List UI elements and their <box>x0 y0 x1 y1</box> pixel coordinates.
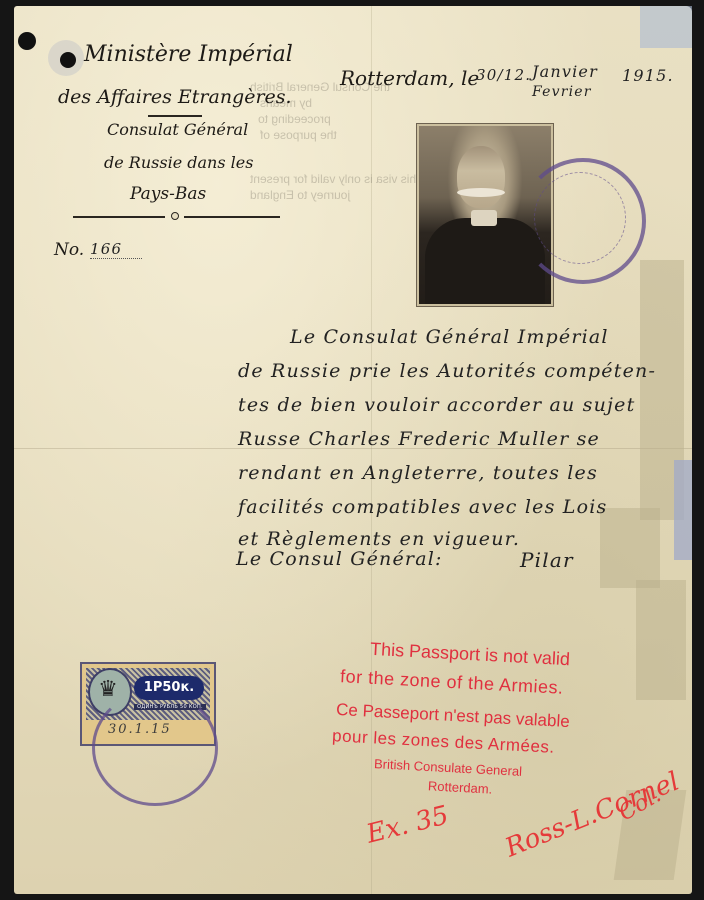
torn-edge <box>640 6 692 48</box>
consul-signature: Pilar <box>520 548 574 572</box>
dateline-place: Rotterdam, le <box>340 66 479 90</box>
ghost-text: proceeding to <box>258 112 331 126</box>
ghost-text: This visa is only valid for present <box>250 172 423 186</box>
consulate-seal-inner <box>534 172 626 264</box>
dateline-day: 30/12. <box>476 66 531 84</box>
letterhead-consulat: Consulat Général <box>107 120 248 139</box>
letterhead-affaires: des Affaires Etrangères. <box>58 86 292 108</box>
letterhead-pays-bas: Pays-Bas <box>130 184 206 204</box>
torn-edge <box>674 460 692 560</box>
body-line-5: rendant en Angleterre, toutes les <box>238 462 598 484</box>
letterhead-divider-right <box>184 216 280 218</box>
dateline-month-1: Janvier <box>532 62 598 81</box>
ghost-text: the purpose of <box>260 128 337 142</box>
ghost-text: journey to England <box>250 188 350 202</box>
letterhead-divider-dot <box>171 212 179 220</box>
dateline-month-2: Fevrier <box>532 84 592 100</box>
body-line-2: de Russie prie les Autorités compéten- <box>238 360 656 382</box>
fold-line-vertical <box>371 6 372 894</box>
body-line-1: Le Consulat Général Impérial <box>290 326 609 348</box>
cancellation-stamp <box>92 690 218 806</box>
consul-signature-label: Le Consul Général: <box>236 548 443 570</box>
body-line-3: tes de bien vouloir accorder au sujet <box>238 394 635 416</box>
document-number-value: 166 <box>90 240 142 259</box>
body-line-4: Russe Charles Frederic Muller se <box>238 428 600 450</box>
letterhead-short-rule <box>148 115 202 117</box>
tape-repair <box>636 580 686 700</box>
tape-repair <box>600 508 660 588</box>
portrait-moustache <box>457 188 505 197</box>
letterhead-ministry: Ministère Impérial <box>84 42 293 67</box>
letterhead-divider-left <box>73 216 165 218</box>
body-line-6: facilités compatibles avec les Lois <box>238 496 607 518</box>
punch-hole-edge <box>18 32 36 50</box>
portrait-head <box>457 146 505 208</box>
letterhead-russie: de Russie dans les <box>104 153 253 172</box>
punch-hole <box>60 52 76 68</box>
document-number-label: No. <box>54 240 84 260</box>
portrait-collar <box>471 210 497 226</box>
body-line-7: et Règlements en vigueur. <box>238 528 520 550</box>
dateline-year: 1915. <box>622 66 674 85</box>
